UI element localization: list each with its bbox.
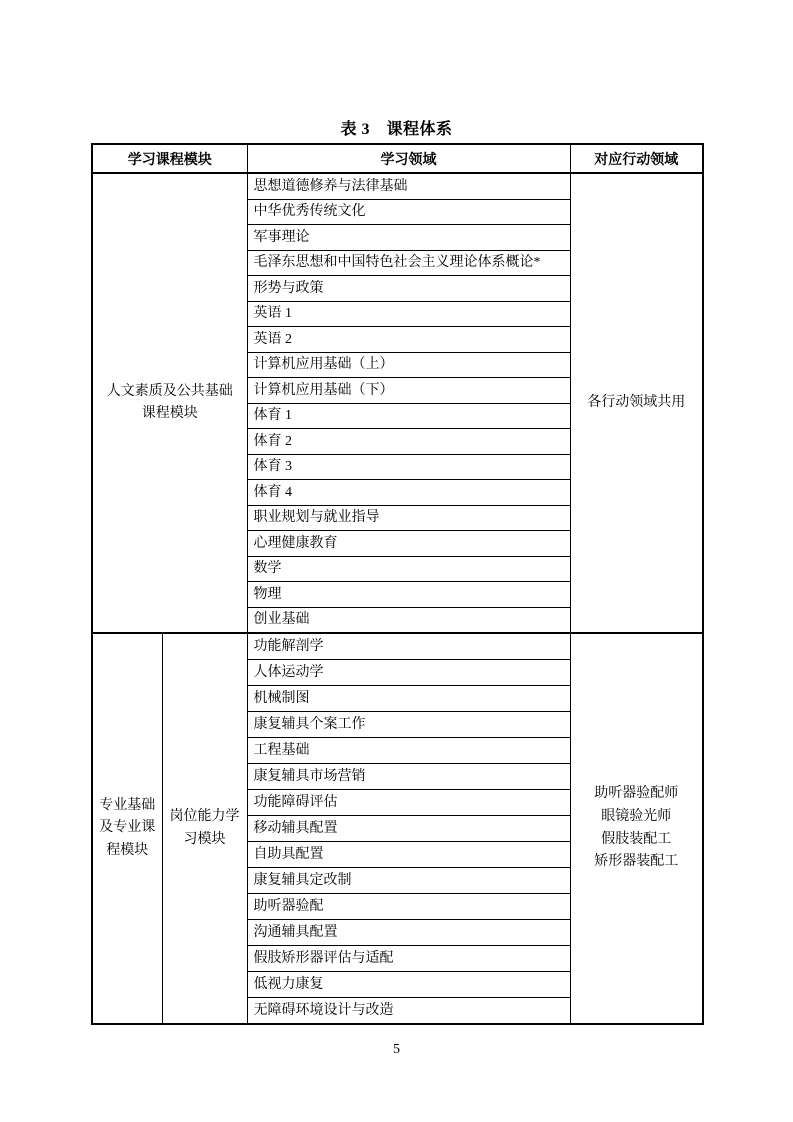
table-row: 专业基础及专业课程模块岗位能力学习模块功能解剖学助听器验配师眼镜验光师假肢装配工… bbox=[92, 633, 703, 660]
module-label: 人文素质及公共基础课程模块 bbox=[107, 381, 233, 426]
field-cell: 假肢矫形器评估与适配 bbox=[247, 946, 570, 972]
field-cell: 英语 1 bbox=[247, 301, 570, 327]
header-row: 学习课程模块学习领域对应行动领域 bbox=[92, 144, 703, 173]
document-page: 表 3 课程体系 学习课程模块学习领域对应行动领域 人文素质及公共基础课程模块思… bbox=[0, 0, 793, 1122]
action-domain-line: 假肢装配工 bbox=[573, 829, 701, 852]
field-cell: 人体运动学 bbox=[247, 660, 570, 686]
action-domain-line: 眼镜验光师 bbox=[573, 806, 701, 829]
field-cell: 计算机应用基础（上） bbox=[247, 352, 570, 378]
submodule-label: 岗位能力学习模块 bbox=[165, 806, 245, 851]
field-cell: 工程基础 bbox=[247, 738, 570, 764]
field-cell: 助听器验配 bbox=[247, 894, 570, 920]
module-label: 专业基础及专业课程模块 bbox=[95, 795, 160, 862]
curriculum-table: 学习课程模块学习领域对应行动领域 人文素质及公共基础课程模块思想道德修养与法律基… bbox=[91, 143, 704, 1025]
field-cell: 职业规划与就业指导 bbox=[247, 505, 570, 531]
field-cell: 毛泽东思想和中国特色社会主义理论体系概论* bbox=[247, 250, 570, 276]
field-cell: 体育 2 bbox=[247, 429, 570, 455]
field-cell: 英语 2 bbox=[247, 327, 570, 353]
module-cell: 人文素质及公共基础课程模块 bbox=[92, 173, 247, 633]
field-cell: 数学 bbox=[247, 556, 570, 582]
column-header: 学习领域 bbox=[247, 144, 570, 173]
field-cell: 形势与政策 bbox=[247, 276, 570, 302]
submodule-cell: 岗位能力学习模块 bbox=[162, 633, 247, 1024]
field-cell: 体育 1 bbox=[247, 403, 570, 429]
action-domain-cell: 助听器验配师眼镜验光师假肢装配工矫形器装配工 bbox=[570, 633, 703, 1024]
module-cell: 专业基础及专业课程模块 bbox=[92, 633, 162, 1024]
field-cell: 中华优秀传统文化 bbox=[247, 199, 570, 225]
field-cell: 移动辅具配置 bbox=[247, 816, 570, 842]
action-domain-line: 助听器验配师 bbox=[573, 783, 701, 806]
table-title: 表 3 课程体系 bbox=[0, 116, 793, 139]
action-domain-line: 矫形器装配工 bbox=[573, 851, 701, 874]
field-cell: 无障碍环境设计与改造 bbox=[247, 998, 570, 1025]
field-cell: 功能解剖学 bbox=[247, 633, 570, 660]
field-cell: 创业基础 bbox=[247, 607, 570, 633]
field-cell: 康复辅具定改制 bbox=[247, 868, 570, 894]
field-cell: 计算机应用基础（下） bbox=[247, 378, 570, 404]
field-cell: 功能障碍评估 bbox=[247, 790, 570, 816]
field-cell: 心理健康教育 bbox=[247, 531, 570, 557]
column-header: 学习课程模块 bbox=[92, 144, 247, 173]
field-cell: 自助具配置 bbox=[247, 842, 570, 868]
field-cell: 康复辅具市场营销 bbox=[247, 764, 570, 790]
field-cell: 军事理论 bbox=[247, 225, 570, 251]
page-number: 5 bbox=[0, 1042, 793, 1058]
table-body: 人文素质及公共基础课程模块思想道德修养与法律基础各行动领域共用中华优秀传统文化军… bbox=[92, 173, 703, 1024]
field-cell: 康复辅具个案工作 bbox=[247, 712, 570, 738]
field-cell: 物理 bbox=[247, 582, 570, 608]
field-cell: 机械制图 bbox=[247, 686, 570, 712]
field-cell: 体育 4 bbox=[247, 480, 570, 506]
field-cell: 沟通辅具配置 bbox=[247, 920, 570, 946]
column-header: 对应行动领域 bbox=[570, 144, 703, 173]
table-row: 人文素质及公共基础课程模块思想道德修养与法律基础各行动领域共用 bbox=[92, 173, 703, 199]
field-cell: 思想道德修养与法律基础 bbox=[247, 173, 570, 199]
action-domain-line: 各行动领域共用 bbox=[573, 392, 701, 415]
field-cell: 低视力康复 bbox=[247, 972, 570, 998]
field-cell: 体育 3 bbox=[247, 454, 570, 480]
table-header: 学习课程模块学习领域对应行动领域 bbox=[92, 144, 703, 173]
action-domain-cell: 各行动领域共用 bbox=[570, 173, 703, 633]
